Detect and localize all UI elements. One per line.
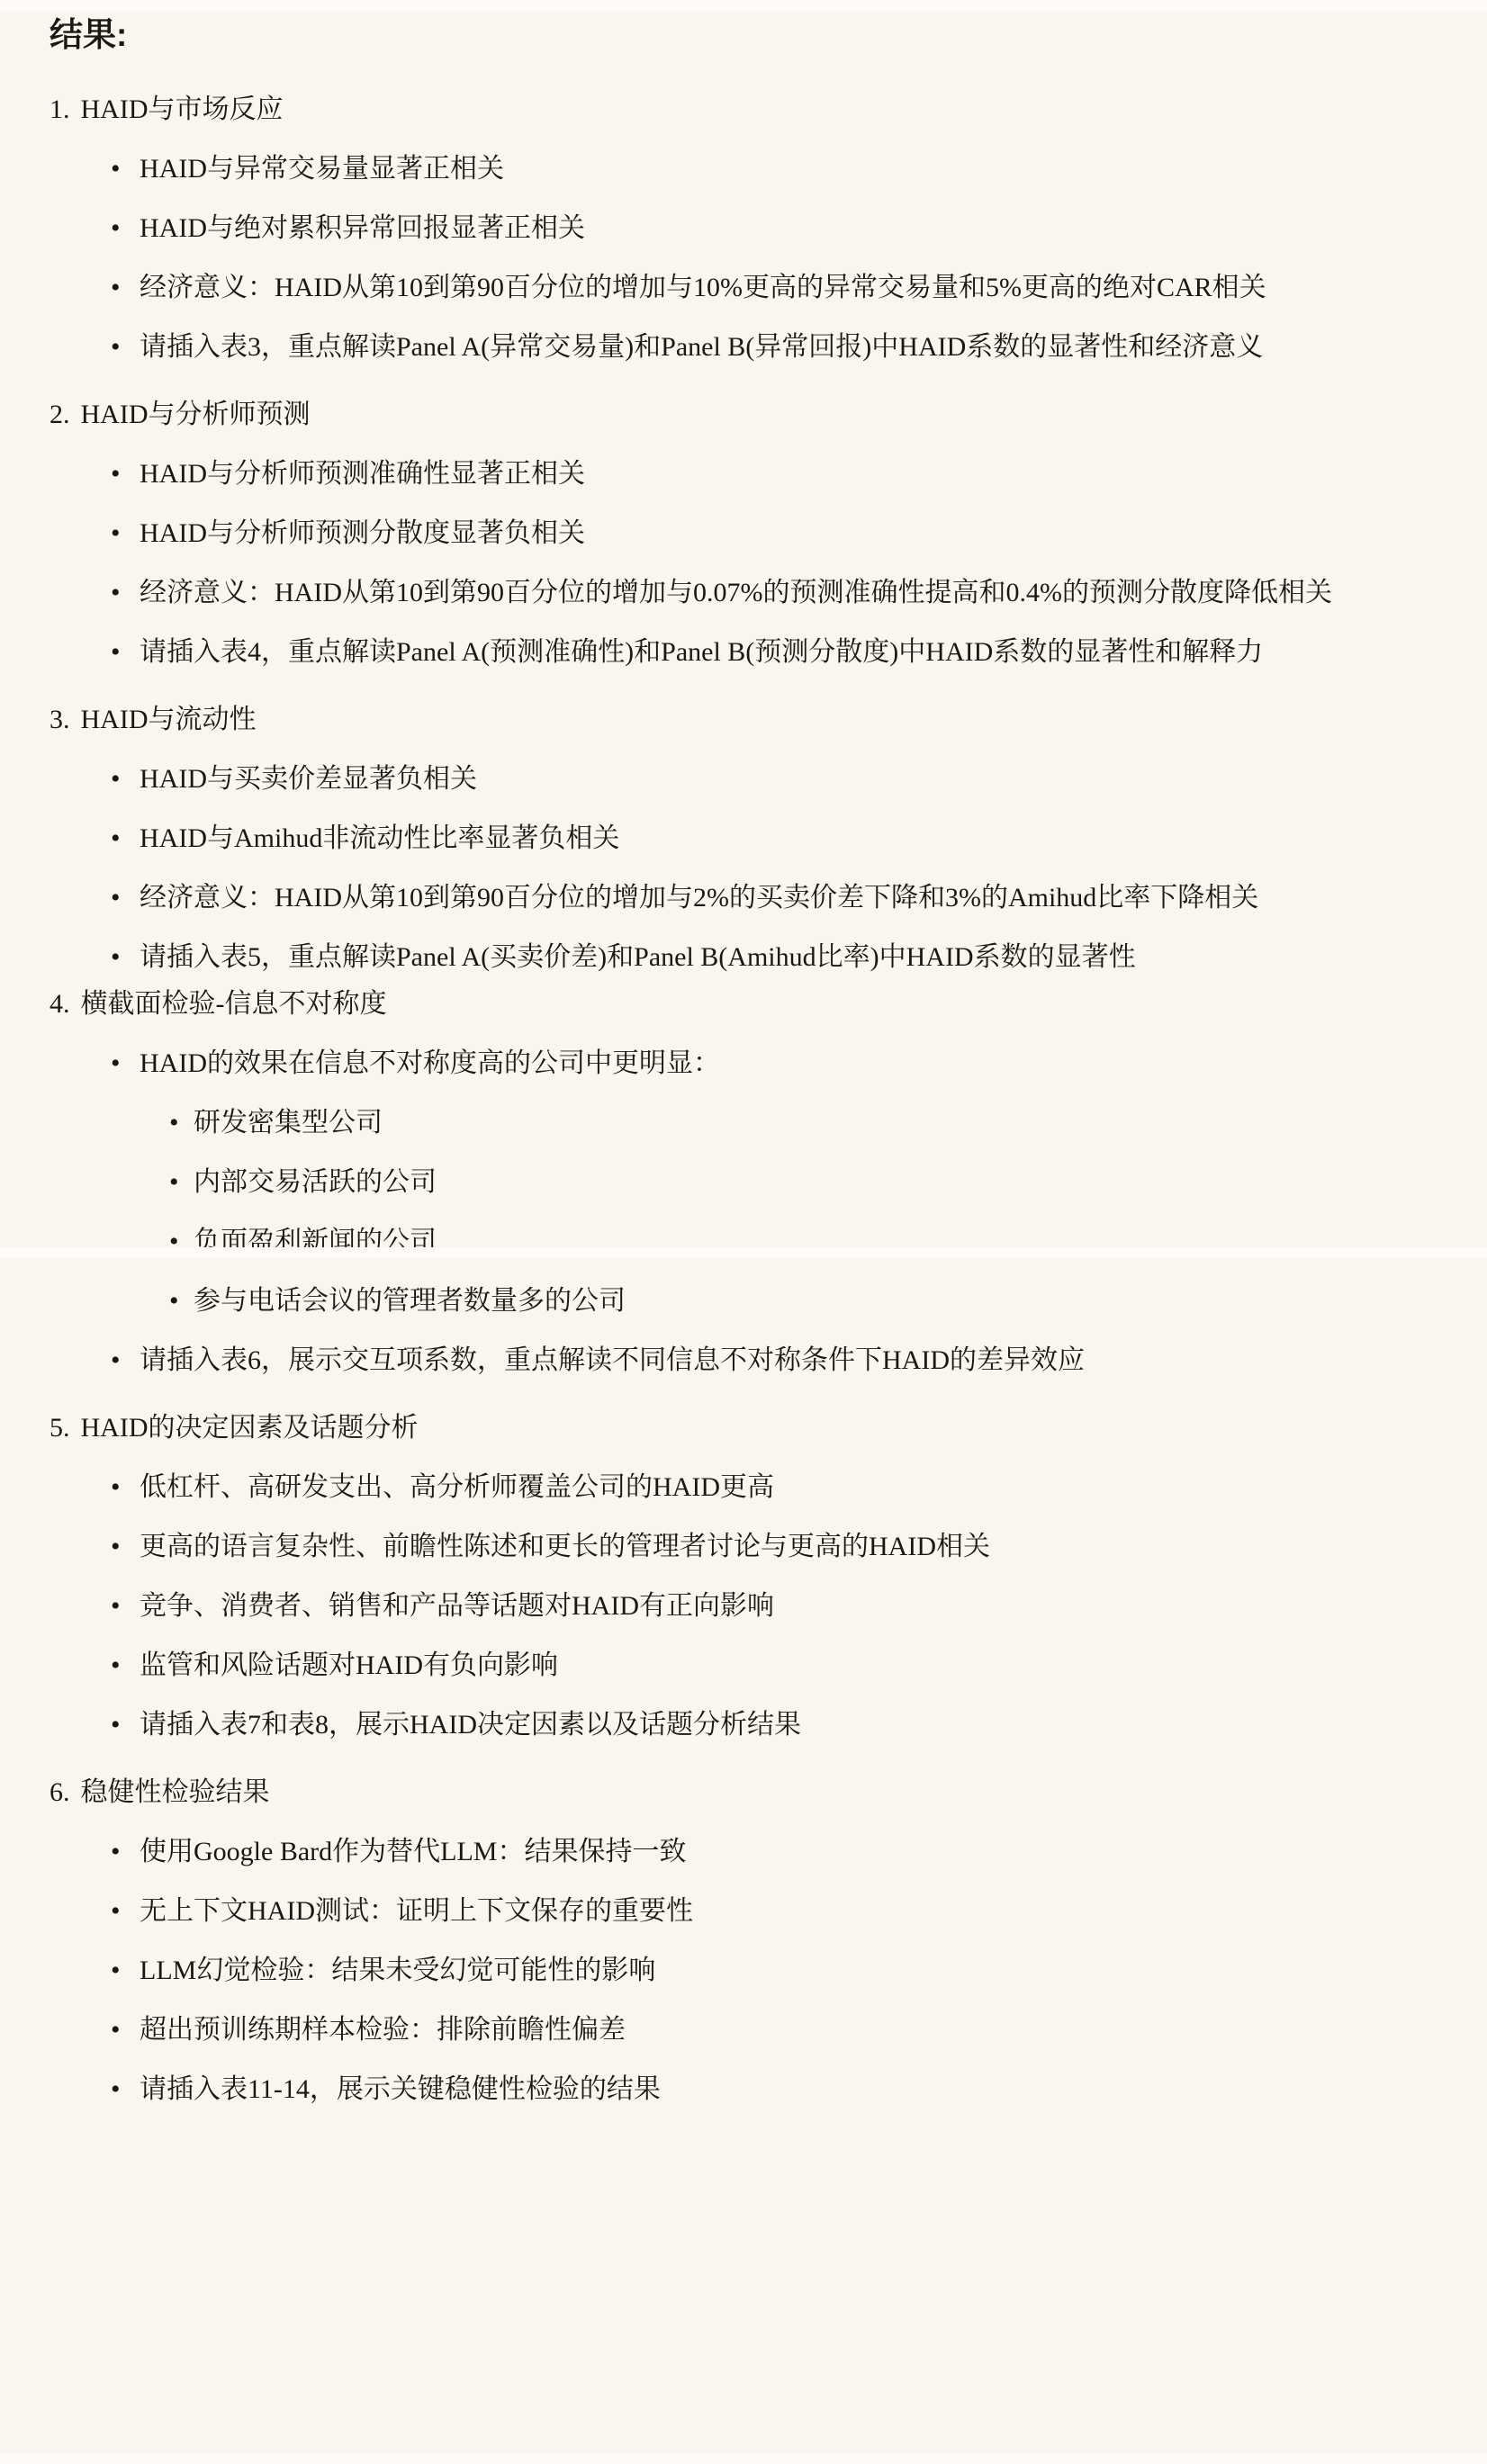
bullet-text: 请插入表3，重点解读Panel A(异常交易量)和Panel B(异常回报)中H…	[140, 332, 1263, 362]
section-heading: 2.HAID与分析师预测	[50, 386, 1487, 443]
bullet-item: HAID与分析师预测分散度显著负相关	[50, 505, 1487, 562]
bullet-item: HAID的效果在信息不对称度高的公司中更明显：研发密集型公司内部交易活跃的公司负…	[50, 1035, 1487, 1329]
bullet-text: HAID与异常交易量显著正相关	[140, 154, 504, 184]
bullet-list: HAID与买卖价差显著负相关HAID与Amihud非流动性比率显著负相关经济意义…	[50, 751, 1487, 985]
bullet-item: 竞争、消费者、销售和产品等话题对HAID有正向影响	[50, 1578, 1487, 1634]
bullet-item: 请插入表11-14，展示关键稳健性检验的结果	[50, 2061, 1487, 2118]
bullet-item: 低杠杆、高研发支出、高分析师覆盖公司的HAID更高	[50, 1459, 1487, 1515]
bullet-item: 使用Google Bard作为替代LLM：结果保持一致	[50, 1823, 1487, 1880]
bullet-item: HAID与异常交易量显著正相关	[50, 140, 1487, 197]
bullet-item: 经济意义：HAID从第10到第90百分位的增加与10%更高的异常交易量和5%更高…	[50, 259, 1487, 316]
bullet-item: 超出预训练期样本检验：排除前瞻性偏差	[50, 2001, 1487, 2058]
section: 5.HAID的决定因素及话题分析低杠杆、高研发支出、高分析师覆盖公司的HAID更…	[50, 1399, 1487, 1753]
bullet-list: HAID的效果在信息不对称度高的公司中更明显：研发密集型公司内部交易活跃的公司负…	[50, 1035, 1487, 1389]
bullet-item: HAID与绝对累积异常回报显著正相关	[50, 200, 1487, 256]
section: 6.稳健性检验结果使用Google Bard作为替代LLM：结果保持一致无上下文…	[50, 1764, 1487, 2118]
bullet-text: HAID与分析师预测分散度显著负相关	[140, 518, 585, 548]
section: 2.HAID与分析师预测HAID与分析师预测准确性显著正相关HAID与分析师预测…	[50, 386, 1487, 680]
document-page: 结果: 1.HAID与市场反应HAID与异常交易量显著正相关HAID与绝对累积异…	[0, 0, 1487, 2464]
bullet-item: 经济意义：HAID从第10到第90百分位的增加与2%的买卖价差下降和3%的Ami…	[50, 869, 1487, 926]
section: 1.HAID与市场反应HAID与异常交易量显著正相关HAID与绝对累积异常回报显…	[50, 81, 1487, 375]
section-title: HAID与分析师预测	[81, 400, 311, 429]
sub-bullet-text: 负面盈利新闻的公司	[194, 1227, 437, 1256]
bullet-text: 经济意义：HAID从第10到第90百分位的增加与0.07%的预测准确性提高和0.…	[140, 578, 1332, 607]
section: 3.HAID与流动性HAID与买卖价差显著负相关HAID与Amihud非流动性比…	[50, 691, 1487, 985]
bullet-list: HAID与分析师预测准确性显著正相关HAID与分析师预测分散度显著负相关经济意义…	[50, 445, 1487, 680]
section-title: HAID的决定因素及话题分析	[81, 1413, 419, 1443]
bullet-item: 请插入表3，重点解读Panel A(异常交易量)和Panel B(异常回报)中H…	[50, 319, 1487, 375]
bullet-text: 无上下文HAID测试：证明上下文保存的重要性	[140, 1896, 693, 1926]
sub-bullet-item: 研发密集型公司	[140, 1094, 1433, 1151]
bullet-item: 请插入表7和表8，展示HAID决定因素以及话题分析结果	[50, 1696, 1487, 1753]
bullet-text: HAID与买卖价差显著负相关	[140, 764, 477, 794]
bullet-text: HAID与分析师预测准确性显著正相关	[140, 459, 585, 489]
bullet-text: 请插入表5，重点解读Panel A(买卖价差)和Panel B(Amihud比率…	[140, 942, 1136, 972]
bullet-list: HAID与异常交易量显著正相关HAID与绝对累积异常回报显著正相关经济意义：HA…	[50, 140, 1487, 375]
section-number: 4.	[50, 989, 70, 1019]
bullet-text: 经济意义：HAID从第10到第90百分位的增加与10%更高的异常交易量和5%更高…	[140, 273, 1266, 302]
bullet-text: LLM幻觉检验：结果未受幻觉可能性的影响	[140, 1956, 655, 1985]
bullet-text: HAID的效果在信息不对称度高的公司中更明显：	[140, 1048, 720, 1078]
bullet-list: 使用Google Bard作为替代LLM：结果保持一致无上下文HAID测试：证明…	[50, 1823, 1487, 2118]
sub-bullet-text: 内部交易活跃的公司	[194, 1167, 437, 1197]
page-title: 结果:	[50, 14, 1487, 56]
bullet-text: 竞争、消费者、销售和产品等话题对HAID有正向影响	[140, 1591, 774, 1621]
section-number: 1.	[50, 94, 70, 124]
section-title: HAID与市场反应	[81, 94, 284, 124]
bullet-item: 更高的语言复杂性、前瞻性陈述和更长的管理者讨论与更高的HAID相关	[50, 1518, 1487, 1575]
bullet-item: HAID与买卖价差显著负相关	[50, 751, 1487, 807]
bullet-item: 请插入表4，重点解读Panel A(预测准确性)和Panel B(预测分散度)中…	[50, 624, 1487, 680]
bullet-item: 无上下文HAID测试：证明上下文保存的重要性	[50, 1883, 1487, 1939]
section-number: 5.	[50, 1413, 70, 1443]
section-title: 横截面检验-信息不对称度	[81, 989, 387, 1019]
sub-bullet-list: 研发密集型公司内部交易活跃的公司负面盈利新闻的公司参与电话会议的管理者数量多的公…	[140, 1094, 1433, 1329]
section-title: 稳健性检验结果	[81, 1777, 270, 1807]
sub-bullet-item: 负面盈利新闻的公司	[140, 1213, 1433, 1270]
bullet-item: HAID与分析师预测准确性显著正相关	[50, 445, 1487, 502]
bullet-item: LLM幻觉检验：结果未受幻觉可能性的影响	[50, 1942, 1487, 1999]
bullet-text: 使用Google Bard作为替代LLM：结果保持一致	[140, 1837, 686, 1866]
sub-bullet-text: 研发密集型公司	[194, 1108, 383, 1138]
bullet-item: 请插入表6，展示交互项系数，重点解读不同信息不对称条件下HAID的差异效应	[50, 1332, 1487, 1389]
section-heading: 1.HAID与市场反应	[50, 81, 1487, 138]
section-title: HAID与流动性	[81, 705, 257, 734]
sub-bullet-item: 内部交易活跃的公司	[140, 1154, 1433, 1210]
results-list: 1.HAID与市场反应HAID与异常交易量显著正相关HAID与绝对累积异常回报显…	[50, 81, 1487, 2118]
section-heading: 6.稳健性检验结果	[50, 1764, 1487, 1821]
bullet-list: 低杠杆、高研发支出、高分析师覆盖公司的HAID更高更高的语言复杂性、前瞻性陈述和…	[50, 1459, 1487, 1753]
bullet-item: HAID与Amihud非流动性比率显著负相关	[50, 810, 1487, 867]
document-content: 结果: 1.HAID与市场反应HAID与异常交易量显著正相关HAID与绝对累积异…	[0, 0, 1487, 2118]
bullet-text: 低杠杆、高研发支出、高分析师覆盖公司的HAID更高	[140, 1472, 774, 1502]
section-number: 2.	[50, 400, 70, 429]
screenshot-seam	[0, 2453, 1487, 2464]
sub-bullet-text: 参与电话会议的管理者数量多的公司	[194, 1286, 626, 1316]
section-number: 3.	[50, 705, 70, 734]
bullet-text: 请插入表6，展示交互项系数，重点解读不同信息不对称条件下HAID的差异效应	[140, 1345, 1085, 1375]
bullet-text: HAID与Amihud非流动性比率显著负相关	[140, 823, 619, 853]
section: 4.横截面检验-信息不对称度HAID的效果在信息不对称度高的公司中更明显：研发密…	[50, 976, 1487, 1389]
bullet-text: 请插入表11-14，展示关键稳健性检验的结果	[140, 2074, 661, 2104]
bullet-text: 经济意义：HAID从第10到第90百分位的增加与2%的买卖价差下降和3%的Ami…	[140, 883, 1258, 913]
bullet-text: 超出预训练期样本检验：排除前瞻性偏差	[140, 2015, 626, 2045]
sub-bullet-item: 参与电话会议的管理者数量多的公司	[140, 1272, 1433, 1329]
bullet-text: 请插入表4，重点解读Panel A(预测准确性)和Panel B(预测分散度)中…	[140, 637, 1263, 667]
section-heading: 3.HAID与流动性	[50, 691, 1487, 748]
bullet-item: 请插入表5，重点解读Panel A(买卖价差)和Panel B(Amihud比率…	[50, 929, 1487, 985]
section-number: 6.	[50, 1777, 70, 1807]
bullet-item: 监管和风险话题对HAID有负向影响	[50, 1637, 1487, 1694]
section-heading: 5.HAID的决定因素及话题分析	[50, 1399, 1487, 1456]
bullet-text: 更高的语言复杂性、前瞻性陈述和更长的管理者讨论与更高的HAID相关	[140, 1532, 990, 1561]
bullet-text: HAID与绝对累积异常回报显著正相关	[140, 213, 585, 243]
bullet-item: 经济意义：HAID从第10到第90百分位的增加与0.07%的预测准确性提高和0.…	[50, 564, 1487, 621]
bullet-text: 请插入表7和表8，展示HAID决定因素以及话题分析结果	[140, 1710, 801, 1740]
bullet-text: 监管和风险话题对HAID有负向影响	[140, 1650, 558, 1680]
